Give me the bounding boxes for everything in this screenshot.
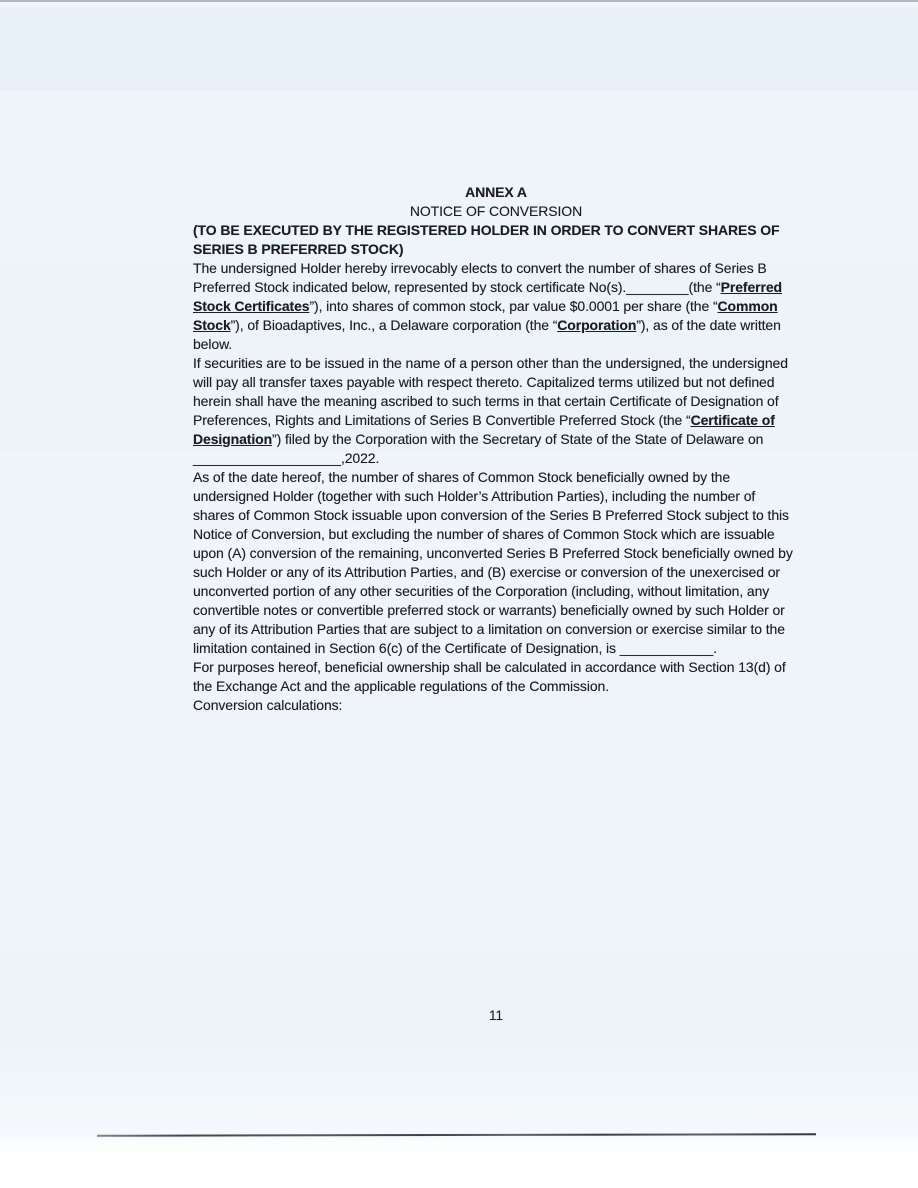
blank-filing-date: ___________________ [193, 450, 341, 466]
blank-certificate-numbers: ________ [626, 279, 688, 295]
scanned-document-page: ANNEX A NOTICE OF CONVERSION (TO BE EXEC… [0, 0, 918, 1188]
text-segment: ,2022. [341, 450, 379, 466]
conversion-calculations-label: Conversion calculations: [193, 697, 342, 713]
paragraph-election: The undersigned Holder hereby irrevocabl… [193, 259, 799, 354]
paragraph-purposes: For purposes hereof, beneficial ownershi… [193, 658, 799, 715]
text-segment: (the “ [689, 279, 721, 295]
defined-term-corporation: Corporation [557, 317, 636, 333]
document-body: ANNEX A NOTICE OF CONVERSION (TO BE EXEC… [193, 183, 799, 715]
text-segment: ”), of Bioadaptives, Inc., a Delaware co… [231, 317, 558, 333]
text-segment: As of the date hereof, the number of sha… [193, 469, 793, 656]
paragraph-transfer-taxes: If securities are to be issued in the na… [193, 354, 799, 468]
paragraph-beneficial-ownership: As of the date hereof, the number of sha… [193, 468, 799, 658]
execution-instruction: (TO BE EXECUTED BY THE REGISTERED HOLDER… [193, 221, 799, 259]
document-title: NOTICE OF CONVERSION [193, 202, 799, 221]
text-segment: ”), into shares of common stock, par val… [309, 298, 717, 314]
annex-title: ANNEX A [193, 183, 799, 202]
text-segment: ”) filed by the Corporation with the Sec… [272, 431, 763, 447]
text-segment: For purposes hereof, beneficial ownershi… [193, 659, 786, 694]
blank-ownership-amount: ____________ [620, 640, 713, 656]
text-segment: . [713, 640, 717, 656]
page-number: 11 [193, 1008, 799, 1023]
bottom-rule [97, 1133, 816, 1137]
